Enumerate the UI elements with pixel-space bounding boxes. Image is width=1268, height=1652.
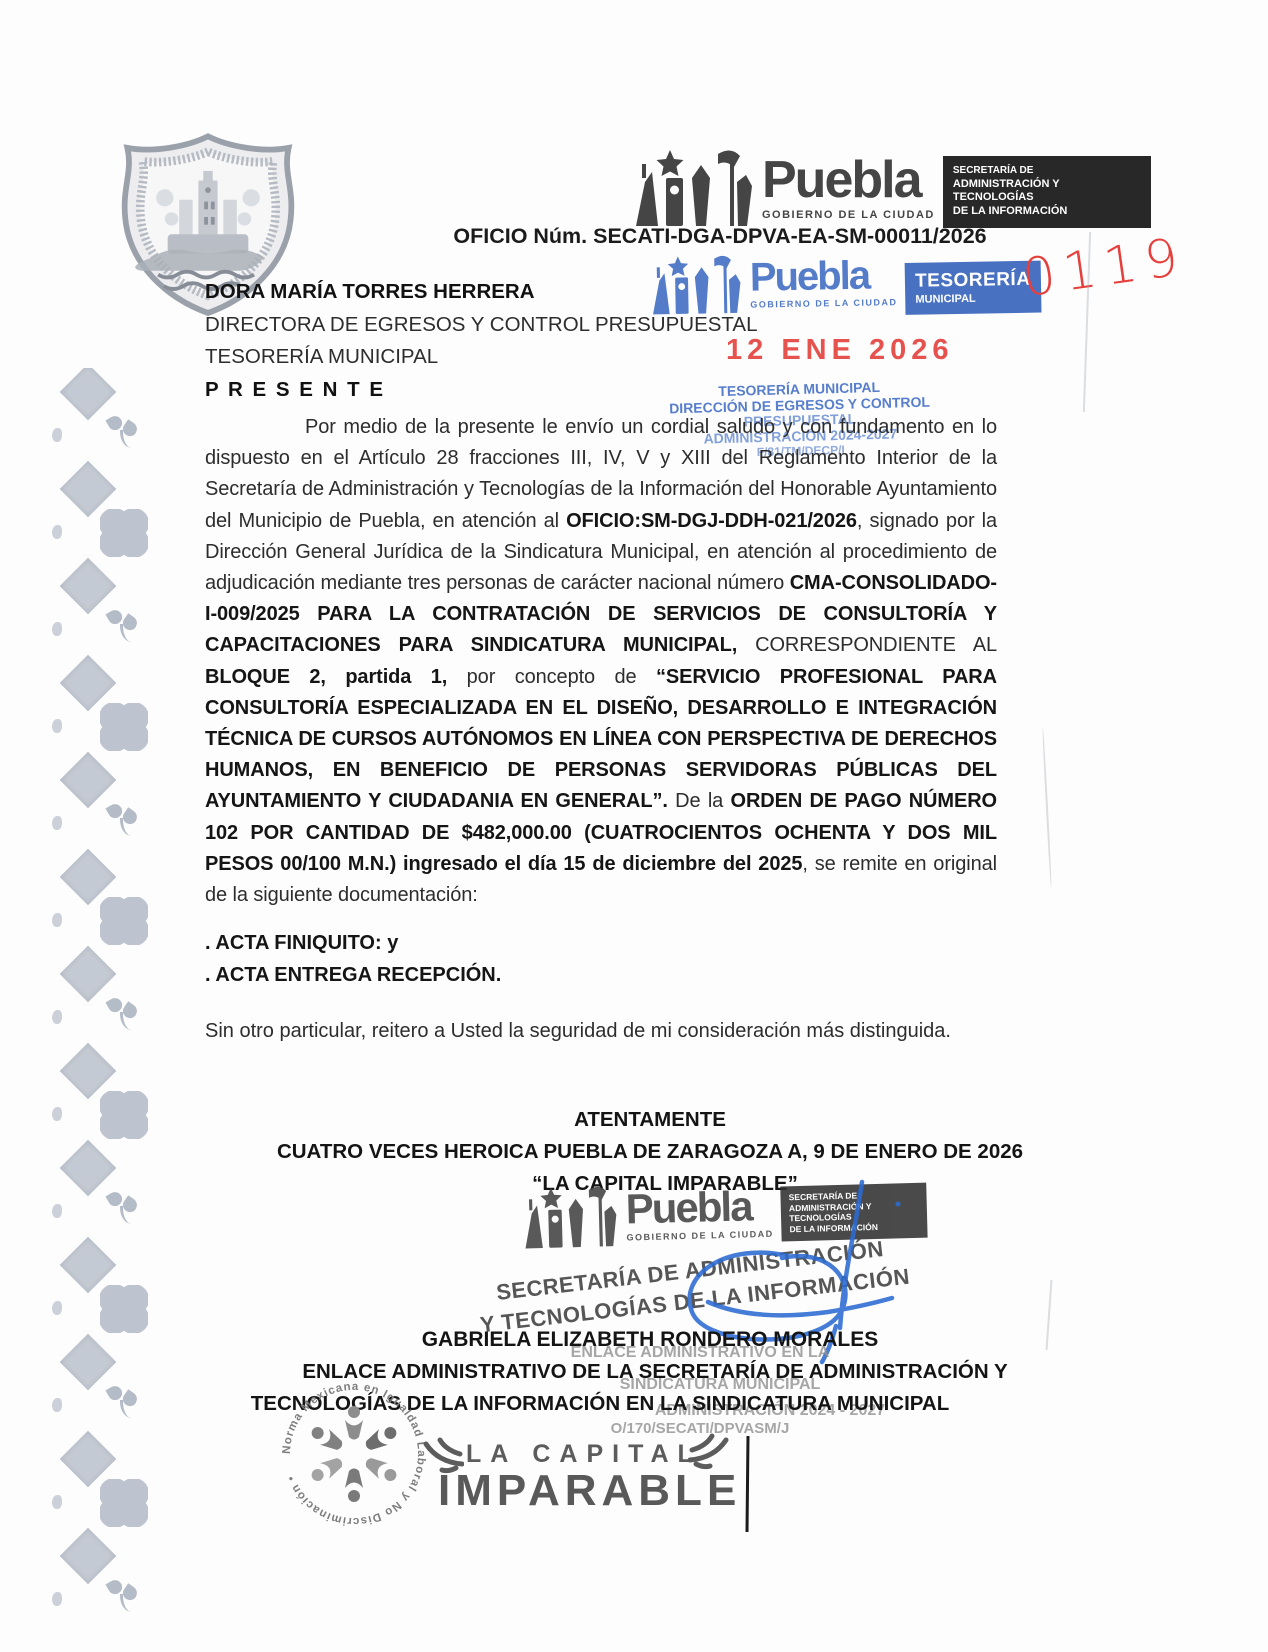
talavera-pattern-strip — [52, 368, 148, 1630]
list-item: . ACTA FINIQUITO: y — [205, 928, 501, 960]
norma-mexicana-seal-icon: Norma Mexicana en Igualdad Laboral y No … — [272, 1372, 436, 1541]
closing-paragraph: Sin otro particular, reitero a Usted la … — [205, 1016, 997, 1047]
puebla-tagline: GOBIERNO DE LA CIUDAD — [762, 209, 935, 221]
received-date-stamp: 12 ENE 2026 — [726, 334, 954, 367]
recipient-office: TESORERÍA MUNICIPAL — [205, 341, 758, 374]
puebla-stamp-tagline: GOBIERNO DE LA CIUDAD — [750, 297, 897, 310]
secretaria-box: SECRETARÍA DE ADMINISTRACIÓN Y TECNOLOGÍ… — [943, 156, 1151, 228]
puebla-stamp-wordmark: Puebla — [749, 255, 897, 298]
handwritten-folio-number: 0119 — [1019, 227, 1190, 309]
svg-text:Norma Mexicana en Igualdad Lab: Norma Mexicana en Igualdad Laboral y No … — [281, 1381, 427, 1527]
signer-name: GABRIELA ELIZABETH RONDERO MORALES — [205, 1328, 1095, 1352]
place-date-line: CUATRO VECES HEROICA PUEBLA DE ZARAGOZA … — [205, 1140, 1095, 1164]
scan-artifact — [1042, 728, 1052, 888]
oficio-number: OFICIO Núm. SECATI-DGA-DPVA-EA-SM-00011/… — [430, 224, 1010, 249]
recipient-title: DIRECTORA DE EGRESOS Y CONTROL PRESUPUES… — [205, 309, 758, 342]
attached-documents-list: . ACTA FINIQUITO: y . ACTA ENTREGA RECEP… — [205, 928, 501, 991]
imparable-logo-text: IMPARABLE — [438, 1466, 741, 1516]
body-paragraph: Por medio de la presente le envío un cor… — [205, 412, 997, 911]
puebla-wordmark: Puebla — [762, 154, 935, 206]
scanned-oficio-document: { "document": { "oficio_line": "OFICIO N… — [0, 0, 1268, 1652]
fold-line — [745, 1436, 749, 1532]
list-item: . ACTA ENTREGA RECEPCIÓN. — [205, 960, 501, 992]
recipient-name: DORA MARÍA TORRES HERRERA — [205, 276, 758, 309]
puebla-stamp-icons — [519, 1183, 619, 1259]
capital-logo-text: LA CAPITAL — [466, 1440, 702, 1469]
atentamente-heading: ATENTAMENTE — [205, 1108, 1095, 1132]
